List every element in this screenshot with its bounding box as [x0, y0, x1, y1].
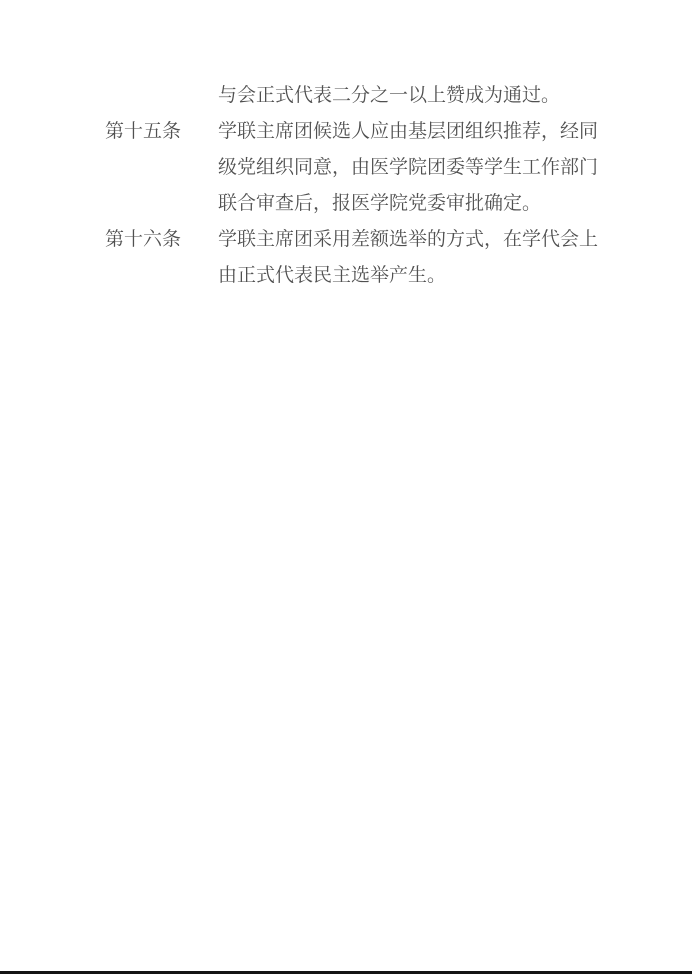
- article-15-label: 第十五条: [105, 114, 218, 150]
- article-15-line-2: 级党组织同意，由医学院团委等学生工作部门: [218, 150, 599, 186]
- paragraph-continuation-line: 与会正式代表二分之一以上赞成为通过。: [105, 78, 599, 114]
- document-page: 与会正式代表二分之一以上赞成为通过。 第十五条 学联主席团候选人应由基层团组织推…: [0, 0, 692, 979]
- page-bottom-rule: [0, 971, 692, 974]
- article-16: 第十六条 学联主席团采用差额选举的方式，在学代会上 由正式代表民主选举产生。: [105, 222, 599, 294]
- article-15-line-3: 联合审查后，报医学院党委审批确定。: [218, 186, 599, 222]
- document-text-block: 与会正式代表二分之一以上赞成为通过。 第十五条 学联主席团候选人应由基层团组织推…: [105, 78, 599, 294]
- article-15-line-1: 学联主席团候选人应由基层团组织推荐，经同: [218, 114, 599, 150]
- article-16-line-2: 由正式代表民主选举产生。: [218, 258, 599, 294]
- article-16-label: 第十六条: [105, 222, 218, 258]
- article-15-body: 学联主席团候选人应由基层团组织推荐，经同 级党组织同意，由医学院团委等学生工作部…: [218, 114, 599, 222]
- article-15: 第十五条 学联主席团候选人应由基层团组织推荐，经同 级党组织同意，由医学院团委等…: [105, 114, 599, 222]
- article-16-body: 学联主席团采用差额选举的方式，在学代会上 由正式代表民主选举产生。: [218, 222, 599, 294]
- article-16-line-1: 学联主席团采用差额选举的方式，在学代会上: [218, 222, 599, 258]
